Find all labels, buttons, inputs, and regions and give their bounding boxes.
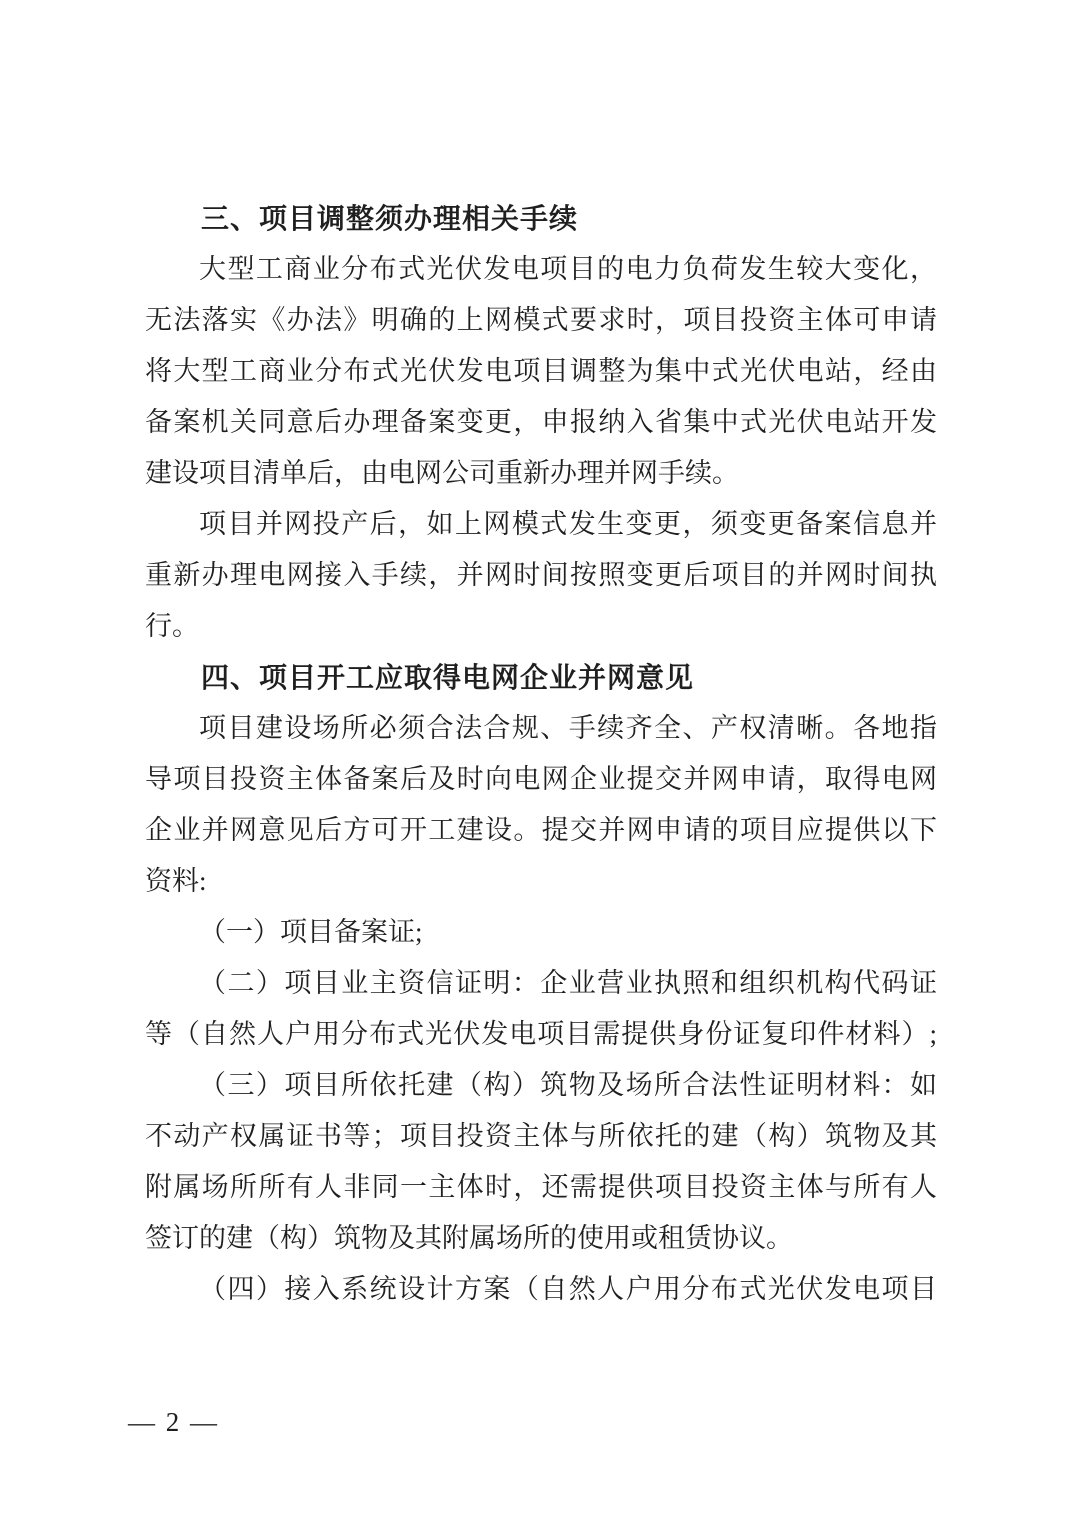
text-line: 项目并网投产后，如上网模式发生变更，须变更备案信息并 (145, 499, 937, 550)
text-line: 行。 (145, 601, 937, 652)
text-line: 无法落实《办法》明确的上网模式要求时，项目投资主体可申请 (145, 295, 937, 346)
text-block: 三、项目调整须办理相关手续大型工商业分布式光伏发电项目的电力负荷发生较大变化，无… (145, 193, 937, 1315)
page-number: — 2 — (128, 1406, 219, 1438)
text-line: 将大型工商业分布式光伏发电项目调整为集中式光伏电站，经由 (145, 346, 937, 397)
text-line: （二）项目业主资信证明：企业营业执照和组织机构代码证 (145, 958, 937, 1009)
text-line: （四）接入系统设计方案（自然人户用分布式光伏发电项目 (145, 1264, 937, 1315)
text-line: 企业并网意见后方可开工建设。提交并网申请的项目应提供以下 (145, 805, 937, 856)
document-page: 三、项目调整须办理相关手续大型工商业分布式光伏发电项目的电力负荷发生较大变化，无… (0, 0, 1080, 1526)
text-line: 项目建设场所必须合法合规、手续齐全、产权清晰。各地指 (145, 703, 937, 754)
text-line: 建设项目清单后，由电网公司重新办理并网手续。 (145, 448, 937, 499)
section-heading: 四、项目开工应取得电网企业并网意见 (145, 652, 937, 703)
text-line: 签订的建（构）筑物及其附属场所的使用或租赁协议。 (145, 1213, 937, 1264)
text-line: 资料: (145, 856, 937, 907)
text-line: （一）项目备案证; (145, 907, 937, 958)
text-line: 大型工商业分布式光伏发电项目的电力负荷发生较大变化， (145, 244, 937, 295)
text-line: 等（自然人户用分布式光伏发电项目需提供身份证复印件材料）; (145, 1009, 937, 1060)
section-heading: 三、项目调整须办理相关手续 (145, 193, 937, 244)
text-line: （三）项目所依托建（构）筑物及场所合法性证明材料：如 (145, 1060, 937, 1111)
text-line: 不动产权属证书等；项目投资主体与所依托的建（构）筑物及其 (145, 1111, 937, 1162)
text-line: 附属场所所有人非同一主体时，还需提供项目投资主体与所有人 (145, 1162, 937, 1213)
text-line: 导项目投资主体备案后及时向电网企业提交并网申请，取得电网 (145, 754, 937, 805)
text-line: 备案机关同意后办理备案变更，申报纳入省集中式光伏电站开发 (145, 397, 937, 448)
text-line: 重新办理电网接入手续，并网时间按照变更后项目的并网时间执 (145, 550, 937, 601)
